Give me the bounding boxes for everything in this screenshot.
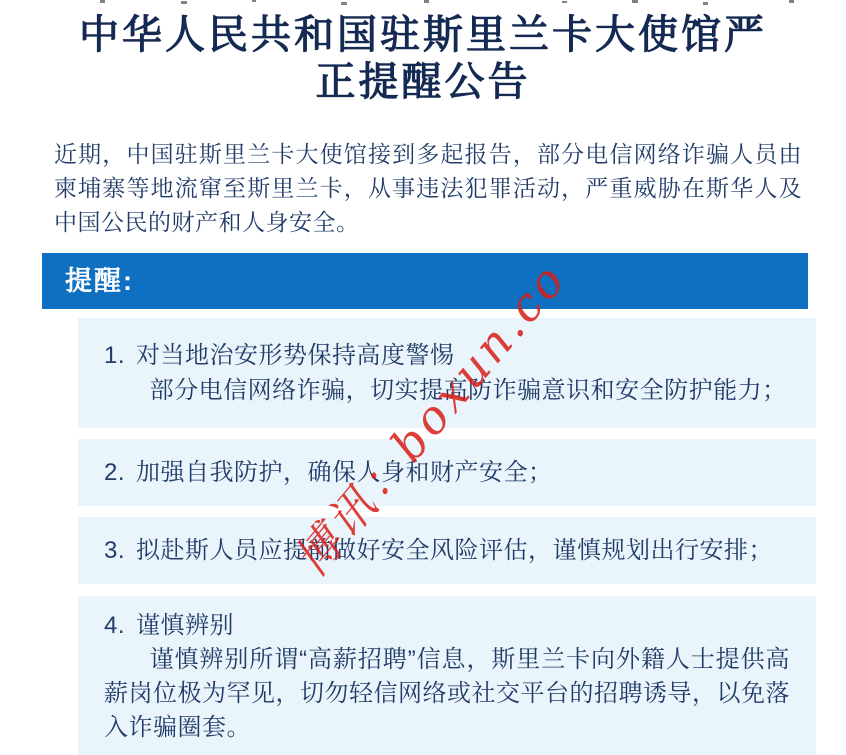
intro-paragraph: 近期，中国驻斯里兰卡大使馆接到多起报告，部分电信网络诈骗人员由柬埔寨等地流窜至斯… — [54, 137, 802, 239]
scan-artifact — [100, 0, 105, 3]
scan-artifact — [424, 0, 429, 3]
title-line-1: 中华人民共和国驻斯里兰卡大使馆严 — [0, 12, 846, 59]
item-2-heading-line: 2.加强自我防护，确保人身和财产安全； — [104, 455, 790, 490]
scan-artifact — [181, 1, 187, 4]
item-2-number: 2. — [104, 459, 125, 486]
item-3-heading-line: 3.拟赴斯人员应提前做好安全风险评估，谨慎规划出行安排； — [104, 533, 790, 568]
page-title: 中华人民共和国驻斯里兰卡大使馆严 正提醒公告 — [0, 0, 846, 106]
notice-document: 中华人民共和国驻斯里兰卡大使馆严 正提醒公告 近期，中国驻斯里兰卡大使馆接到多起… — [0, 0, 846, 755]
scan-artifact — [703, 2, 708, 5]
reminder-item-1: 1.对当地治安形势保持高度警惕 部分电信网络诈骗，切实提高防诈骗意识和安全防护能… — [78, 318, 816, 428]
reminder-item-3: 3.拟赴斯人员应提前做好安全风险评估，谨慎规划出行安排； — [78, 517, 816, 584]
reminder-list: 1.对当地治安形势保持高度警惕 部分电信网络诈骗，切实提高防诈骗意识和安全防护能… — [78, 318, 816, 755]
scan-artifact — [789, 0, 794, 3]
item-1-number: 1. — [104, 342, 125, 369]
scan-artifact — [632, 0, 638, 3]
reminder-item-2: 2.加强自我防护，确保人身和财产安全； — [78, 439, 816, 506]
item-3-heading: 拟赴斯人员应提前做好安全风险评估，谨慎规划出行安排； — [136, 537, 773, 564]
item-4-heading-line: 4.谨慎辨别 — [104, 609, 790, 643]
reminder-section-header: 提醒: — [42, 253, 808, 309]
item-4-heading: 谨慎辨别 — [136, 612, 234, 639]
item-1-heading: 对当地治安形势保持高度警惕 — [136, 342, 455, 369]
item-2-heading: 加强自我防护，确保人身和财产安全； — [136, 459, 553, 486]
item-1-detail: 部分电信网络诈骗，切实提高防诈骗意识和安全防护能力； — [104, 373, 790, 408]
item-4-detail: 谨慎辨别所谓“高薪招聘”信息，斯里兰卡向外籍人士提供高薪岗位极为罕见，切勿轻信网… — [104, 643, 790, 745]
reminder-section-label: 提醒: — [65, 266, 134, 296]
scan-artifact — [562, 1, 567, 3]
title-line-2: 正提醒公告 — [0, 59, 846, 106]
item-1-heading-line: 1.对当地治安形势保持高度警惕 — [104, 338, 790, 373]
reminder-item-4: 4.谨慎辨别 谨慎辨别所谓“高薪招聘”信息，斯里兰卡向外籍人士提供高薪岗位极为罕… — [78, 596, 816, 755]
item-3-number: 3. — [104, 537, 125, 564]
scan-artifact — [341, 2, 347, 5]
item-4-number: 4. — [104, 612, 125, 639]
scan-artifact — [252, 0, 256, 2]
